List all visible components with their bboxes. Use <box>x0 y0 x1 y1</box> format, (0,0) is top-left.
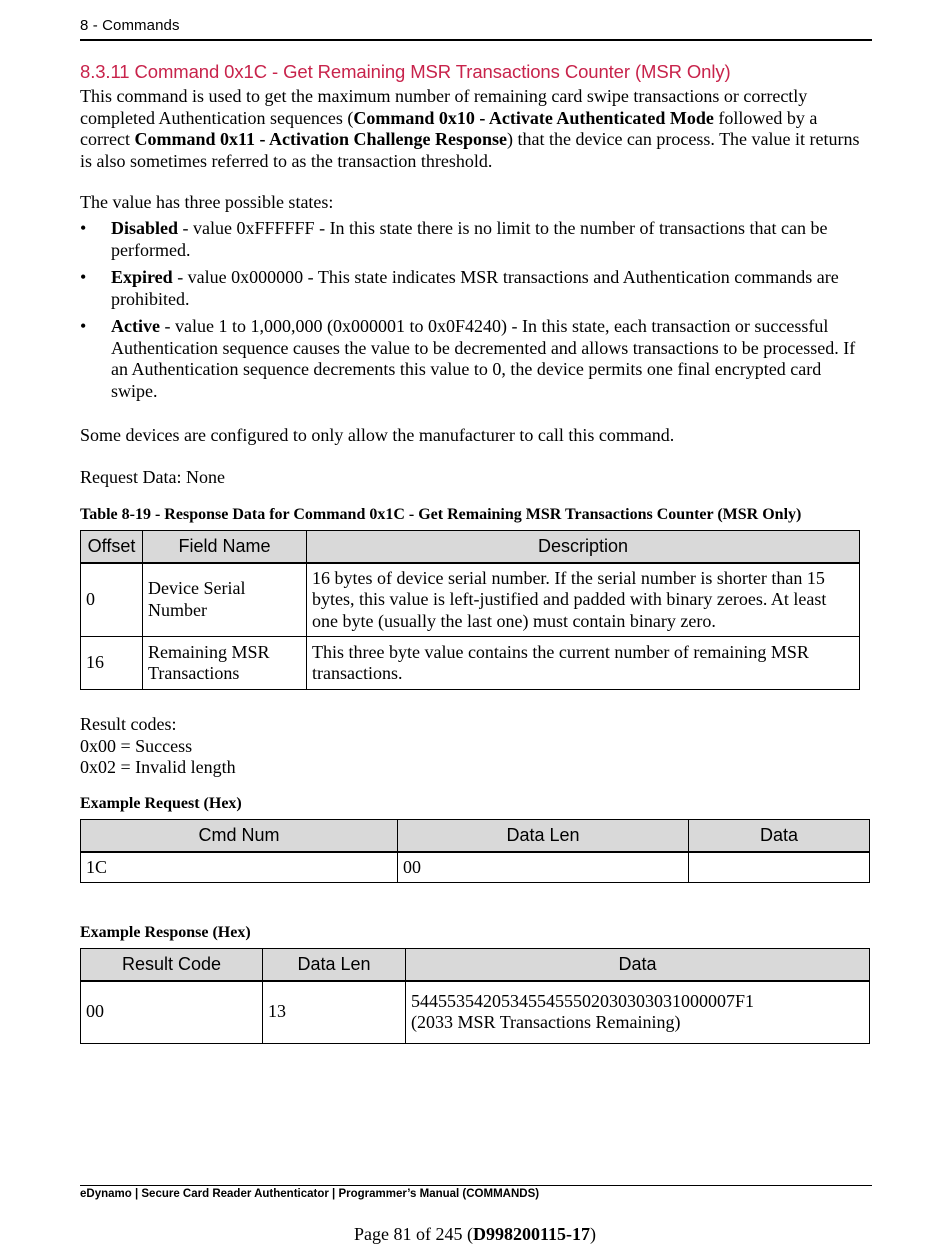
cell-data: 544553542053455455502030303031000007F1 (… <box>406 981 870 1044</box>
cell-description: This three byte value contains the curre… <box>307 637 860 690</box>
page-number-suffix: ) <box>590 1224 596 1244</box>
state-description: - value 0xFFFFFF - In this state there i… <box>111 218 827 260</box>
section-title: 8.3.11 Command 0x1C - Get Remaining MSR … <box>80 61 731 83</box>
page-number: Page 81 of 245 (D998200115-17) <box>0 1224 950 1245</box>
state-name: Active <box>111 316 160 336</box>
result-codes: Result codes: 0x00 = Success 0x02 = Inva… <box>80 714 236 779</box>
column-header-data-len: Data Len <box>398 820 689 852</box>
manufacturer-note: Some devices are configured to only allo… <box>80 425 865 447</box>
table-header-row: Offset Field Name Description <box>81 531 860 563</box>
table-caption: Table 8-19 - Response Data for Command 0… <box>80 506 801 524</box>
document-page: 8 - Commands 8.3.11 Command 0x1C - Get R… <box>0 0 950 1254</box>
response-data-table: Offset Field Name Description 0 Device S… <box>80 530 860 690</box>
cell-cmd-num: 1C <box>81 852 398 883</box>
state-description: - value 1 to 1,000,000 (0x000001 to 0x0F… <box>111 316 855 401</box>
bullet-icon: • <box>80 316 86 338</box>
state-name: Disabled <box>111 218 178 238</box>
cell-data-len: 13 <box>263 981 406 1044</box>
table-header-row: Result Code Data Len Data <box>81 949 870 981</box>
example-request-table: Cmd Num Data Len Data 1C 00 <box>80 819 870 883</box>
column-header-data: Data <box>406 949 870 981</box>
header-rule <box>80 39 872 41</box>
column-header-description: Description <box>307 531 860 563</box>
footer-rule <box>80 1185 872 1186</box>
column-header-cmd-num: Cmd Num <box>81 820 398 852</box>
document-number: D998200115-17 <box>473 1224 590 1244</box>
cell-field-name: Remaining MSR Transactions <box>143 637 307 690</box>
response-hex-data: 544553542053455455502030303031000007F1 <box>411 991 864 1013</box>
cell-offset: 16 <box>81 637 143 690</box>
page-number-text: Page 81 of 245 ( <box>354 1224 473 1244</box>
running-head: 8 - Commands <box>80 17 180 34</box>
example-response-table: Result Code Data Len Data 00 13 54455354… <box>80 948 870 1044</box>
table-row: 0 Device Serial Number 16 bytes of devic… <box>81 563 860 637</box>
cell-data <box>689 852 870 883</box>
states-list: •Disabled - value 0xFFFFFF - In this sta… <box>80 218 870 408</box>
cell-offset: 0 <box>81 563 143 637</box>
example-request-label: Example Request (Hex) <box>80 795 242 813</box>
bullet-icon: • <box>80 218 86 240</box>
state-item-expired: •Expired - value 0x000000 - This state i… <box>80 267 870 310</box>
state-item-disabled: •Disabled - value 0xFFFFFF - In this sta… <box>80 218 870 261</box>
bullet-icon: • <box>80 267 86 289</box>
cell-result-code: 00 <box>81 981 263 1044</box>
intro-paragraph: This command is used to get the maximum … <box>80 86 865 172</box>
response-data-note: (2033 MSR Transactions Remaining) <box>411 1012 864 1034</box>
table-row: 00 13 5445535420534554555020303030310000… <box>81 981 870 1044</box>
table-header-row: Cmd Num Data Len Data <box>81 820 870 852</box>
states-intro: The value has three possible states: <box>80 192 865 214</box>
cell-field-name: Device Serial Number <box>143 563 307 637</box>
table-row: 16 Remaining MSR Transactions This three… <box>81 637 860 690</box>
result-codes-label: Result codes: <box>80 714 236 736</box>
state-name: Expired <box>111 267 173 287</box>
column-header-field-name: Field Name <box>143 531 307 563</box>
example-response-label: Example Response (Hex) <box>80 924 251 942</box>
state-item-active: •Active - value 1 to 1,000,000 (0x000001… <box>80 316 870 402</box>
result-code-item: 0x00 = Success <box>80 736 236 758</box>
state-description: - value 0x000000 - This state indicates … <box>111 267 839 309</box>
column-header-offset: Offset <box>81 531 143 563</box>
footer-text: eDynamo | Secure Card Reader Authenticat… <box>80 1188 539 1200</box>
command-ref-0x11: Command 0x11 - Activation Challenge Resp… <box>134 129 507 149</box>
request-data: Request Data: None <box>80 467 865 489</box>
cell-data-len: 00 <box>398 852 689 883</box>
column-header-data: Data <box>689 820 870 852</box>
table-row: 1C 00 <box>81 852 870 883</box>
command-ref-0x10: Command 0x10 - Activate Authenticated Mo… <box>353 108 713 128</box>
result-code-item: 0x02 = Invalid length <box>80 757 236 779</box>
column-header-result-code: Result Code <box>81 949 263 981</box>
cell-description: 16 bytes of device serial number. If the… <box>307 563 860 637</box>
column-header-data-len: Data Len <box>263 949 406 981</box>
